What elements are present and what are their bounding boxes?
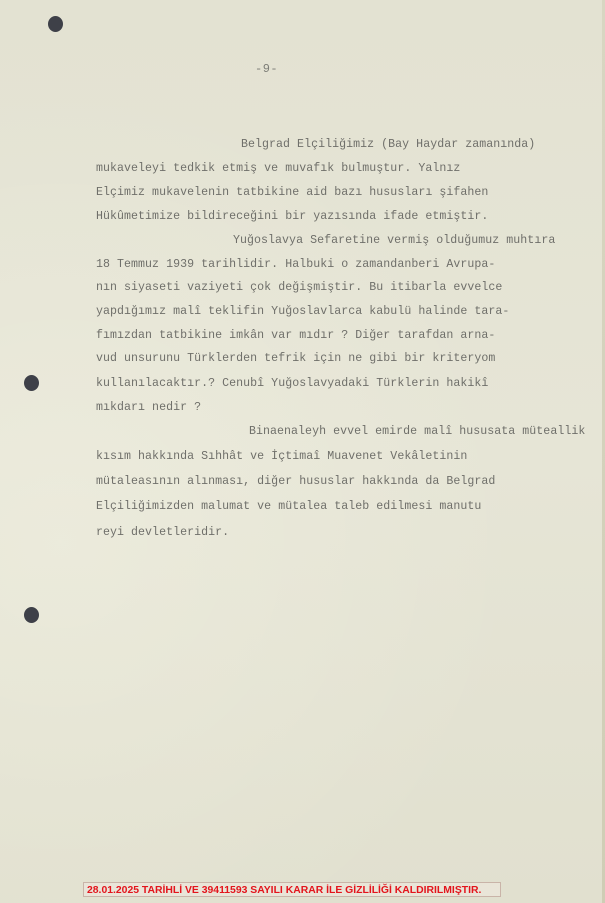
text-line: Hükûmetimize bildireceğini bir yazısında… [96,210,488,223]
text-line: Elçimiz mukavelenin tatbikine aid bazı h… [96,186,488,199]
text-line: Belgrad Elçiliğimiz (Bay Haydar zamanınd… [241,138,535,151]
page-number: -9- [255,62,278,76]
text-line: Elçiliğimizden malumat ve mütalea taleb … [96,500,481,513]
text-line: mütaleasının alınması, diğer hususlar ha… [96,475,495,488]
text-line: yapdığımız malî teklifin Yuğoslavlarca k… [96,305,509,318]
text-line: nın siyaseti vaziyeti çok değişmiştir. B… [96,281,502,294]
text-line: Binaenaleyh evvel emirde malî hususata m… [249,425,585,438]
text-line: kısım hakkında Sıhhât ve İçtimaî Muavene… [96,450,467,463]
text-line: fımızdan tatbikine imkân var mıdır ? Diğ… [96,329,495,342]
text-line: mıkdarı nedir ? [96,401,201,414]
text-line: reyi devletleridir. [96,526,229,539]
text-line: kullanılacaktır.? Cenubî Yuğoslavyadaki … [96,377,488,390]
document-page: -9- Belgrad Elçiliğimiz (Bay Haydar zama… [0,0,605,903]
punch-hole-middle [24,375,39,391]
punch-hole-top [48,16,63,32]
declassification-stamp: 28.01.2025 TARİHLİ VE 39411593 SAYILI KA… [83,882,501,897]
text-line: 18 Temmuz 1939 tarihlidir. Halbuki o zam… [96,258,495,271]
text-line: mukaveleyi tedkik etmiş ve muvafık bulmu… [96,162,460,175]
text-line: Yuğoslavya Sefaretine vermiş olduğumuz m… [233,234,555,247]
text-line: vud unsurunu Türklerden tefrik için ne g… [96,352,495,365]
punch-hole-bottom [24,607,39,623]
